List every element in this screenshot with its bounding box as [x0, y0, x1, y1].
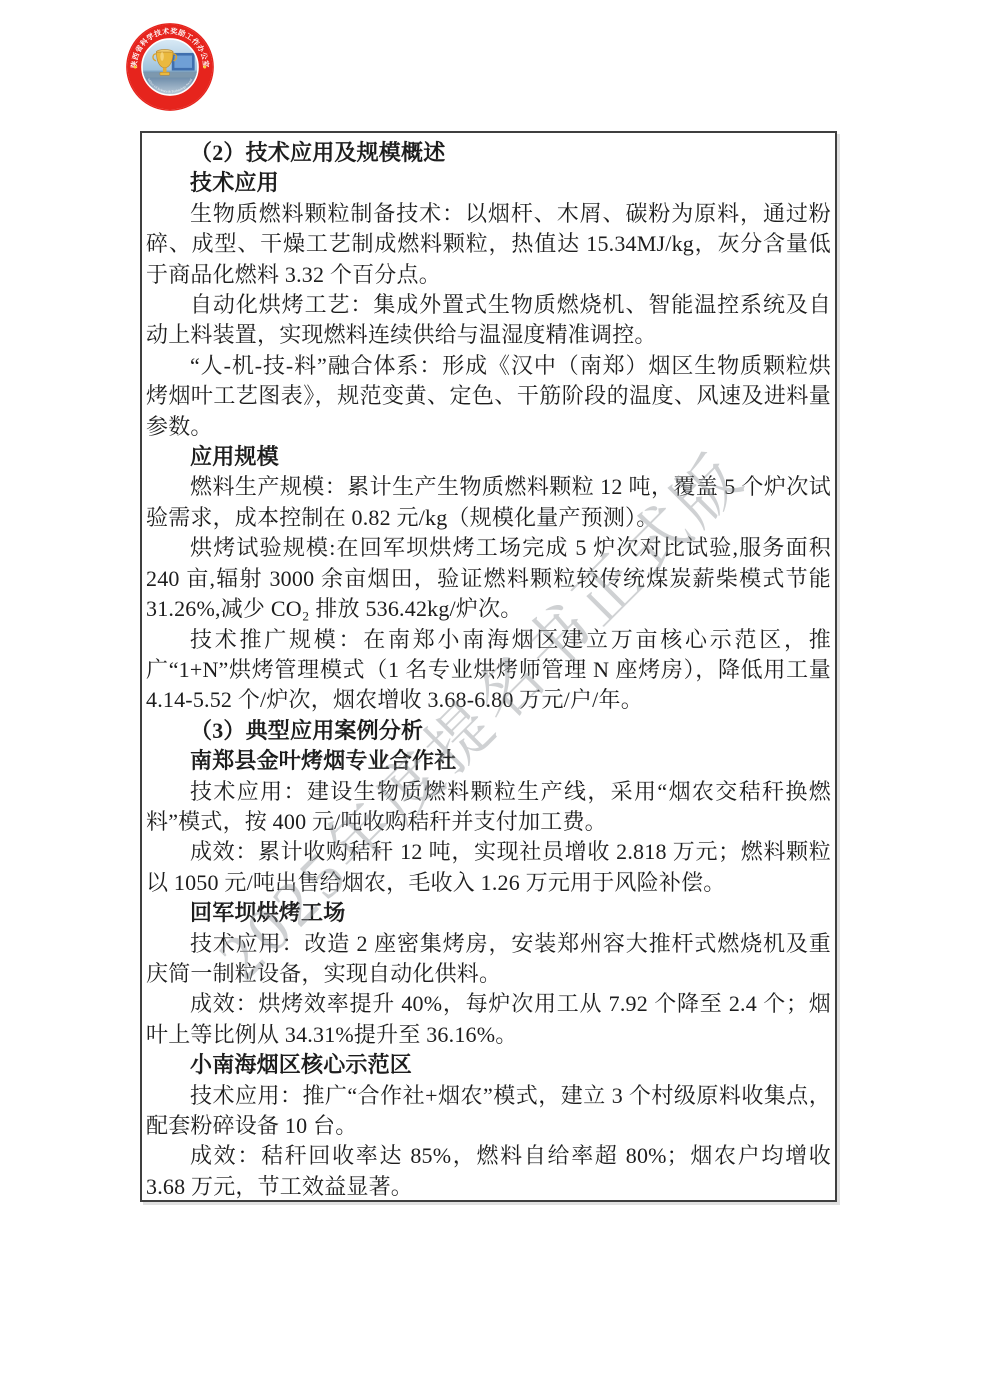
paragraph: 成效：烘烤效率提升 40%，每炉次用工从 7.92 个降至 2.4 个；烟叶上等… [146, 989, 831, 1050]
section-heading: 南郑县金叶烤烟专业合作社 [146, 746, 831, 776]
section-heading: 技术应用 [146, 168, 831, 198]
paragraph: 技术推广规模：在南郑小南海烟区建立万亩核心示范区，推广“1+N”烘烤管理模式（1… [146, 625, 831, 716]
seal-photo-disc [143, 40, 198, 95]
section-heading: 回军坝烘烤工场 [146, 898, 831, 928]
paragraph: 技术应用：改造 2 座密集烤房，安装郑州容大推杆式燃烧机及重庆简一制粒设备，实现… [146, 929, 831, 990]
seal-side-dot-right [203, 66, 206, 69]
seal-graphic: 陕西省科学技术奖励工作办公室 Office Of Science & Techn… [126, 23, 214, 111]
paragraph: 燃料生产规模：累计生产生物质燃料颗粒 12 吨，覆盖 5 个炉次试验需求，成本控… [146, 472, 831, 533]
document-table-cell: （2）技术应用及规模概述 技术应用 生物质燃料颗粒制备技术：以烟杆、木屑、碳粉为… [140, 131, 837, 1202]
paragraph: 成效：秸秆回收率达 85%，燃料自给率超 80%；烟农户均增收 3.68 万元，… [146, 1141, 831, 1202]
paragraph: 烘烤试验规模:在回军坝烘烤工场完成 5 炉次对比试验,服务面积 240 亩,辐射… [146, 533, 831, 624]
paragraph: 技术应用：建设生物质燃料颗粒生产线，采用“烟农交秸秆换燃料”模式，按 400 元… [146, 777, 831, 838]
paragraph: 技术应用：推广“合作社+烟农”模式，建立 3 个村级原料收集点，配套粉碎设备 1… [146, 1081, 831, 1142]
section-heading: （3）典型应用案例分析 [146, 716, 831, 746]
section-heading: 小南海烟区核心示范区 [146, 1050, 831, 1080]
seal-side-dot-left [134, 66, 137, 69]
document-page: 陕西省科学技术奖励工作办公室 Office Of Science & Techn… [0, 0, 990, 1399]
paragraph: 生物质燃料颗粒制备技术：以烟杆、木屑、碳粉为原料，通过粉碎、成型、干燥工艺制成燃… [146, 199, 831, 290]
section-heading: （2）技术应用及规模概述 [146, 138, 831, 168]
award-office-seal: 陕西省科学技术奖励工作办公室 Office Of Science & Techn… [126, 23, 214, 111]
paragraph: 成效：累计收购秸秆 12 吨，实现社员增收 2.818 万元；燃料颗粒以 105… [146, 837, 831, 898]
paragraph: 自动化烘烤工艺：集成外置式生物质燃烧机、智能温控系统及自动上料装置，实现燃料连续… [146, 290, 831, 351]
paragraph: “人-机-技-料”融合体系：形成《汉中（南郑）烟区生物质颗粒烘烤烟叶工艺图表》，… [146, 351, 831, 442]
section-heading: 应用规模 [146, 442, 831, 472]
